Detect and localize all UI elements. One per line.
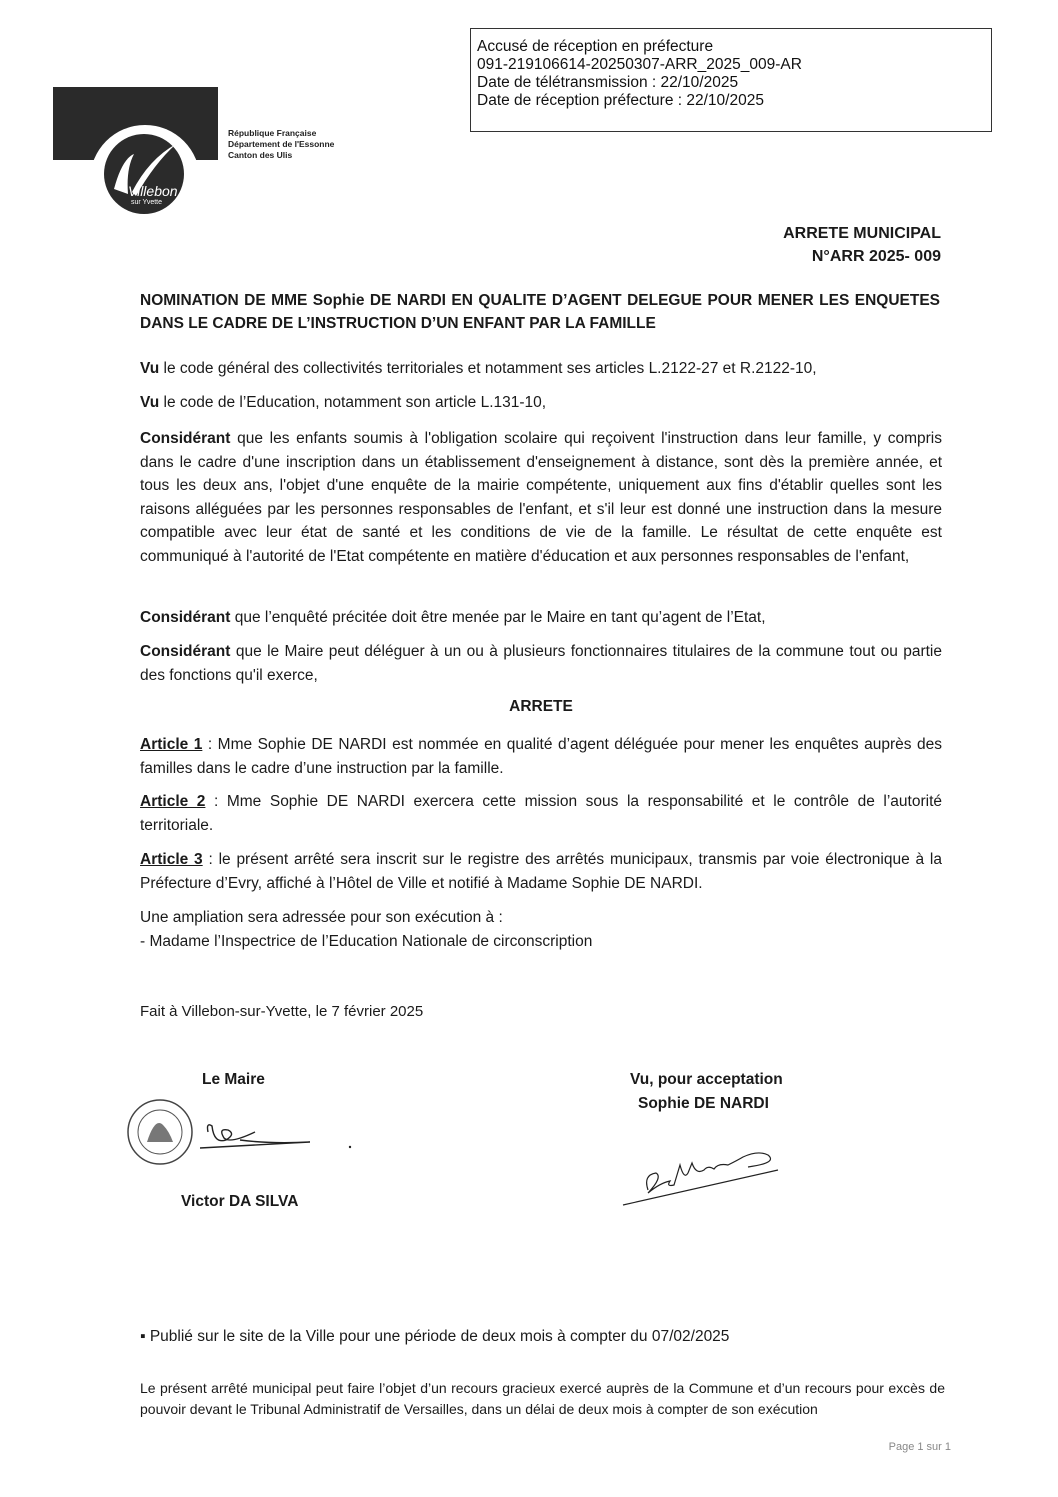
paragraph-text: le code général des collectivités territ…	[159, 360, 816, 377]
stamp-line: Date de télétransmission : 22/10/2025	[477, 74, 991, 92]
bullet-icon: ▪	[140, 1328, 150, 1345]
paragraph-considerant-1: Considérant que les enfants soumis à l'o…	[140, 427, 942, 568]
header-line: République Française	[228, 128, 334, 139]
ampliation-recipient: - Madame l’Inspectrice de l’Education Na…	[140, 930, 942, 954]
mayor-name: Victor DA SILVA	[181, 1193, 298, 1211]
paragraph-vu-education: Vu le code de l’Education, notamment son…	[140, 391, 942, 415]
mayor-signature	[200, 1120, 360, 1160]
place-date: Fait à Villebon-sur-Yvette, le 7 février…	[140, 1000, 942, 1024]
administrative-header: République Française Département de l'Es…	[228, 128, 334, 161]
paragraph-vu-cgct: Vu le code général des collectivités ter…	[140, 357, 942, 381]
title-line: ARRETE MUNICIPAL	[783, 222, 941, 245]
header-line: Département de l'Essonne	[228, 139, 334, 150]
article-label: Article 3	[140, 851, 203, 868]
ampliation: Une ampliation sera adressée pour son ex…	[140, 906, 942, 953]
stamp-line: 091-219106614-20250307-ARR_2025_009-AR	[477, 56, 991, 74]
page-number: Page 1 sur 1	[889, 1441, 951, 1453]
paragraph-lead: Vu	[140, 394, 159, 411]
article-label: Article 2	[140, 793, 205, 810]
paragraph-text: que le Maire peut déléguer à un ou à plu…	[140, 643, 942, 684]
paragraph-considerant-2: Considérant que l’enquêté précitée doit …	[140, 606, 942, 630]
article-1: Article 1 : Mme Sophie DE NARDI est nomm…	[140, 733, 942, 780]
paragraph-lead: Vu	[140, 360, 159, 377]
article-2: Article 2 : Mme Sophie DE NARDI exercera…	[140, 790, 942, 837]
logo-subtitle: sur Yvette	[131, 199, 162, 206]
ampliation-intro: Une ampliation sera adressée pour son ex…	[140, 906, 942, 930]
paragraph-text: le code de l’Education, notamment son ar…	[159, 394, 546, 411]
nomination-heading: NOMINATION DE MME Sophie DE NARDI EN QUA…	[140, 289, 940, 335]
document-title: ARRETE MUNICIPAL N°ARR 2025- 009	[783, 222, 941, 268]
recours-notice: Le présent arrêté municipal peut faire l…	[140, 1378, 945, 1419]
paragraph-lead: Considérant	[140, 430, 230, 447]
article-text: : Mme Sophie DE NARDI est nommée en qual…	[140, 736, 942, 777]
mayor-title: Le Maire	[202, 1071, 265, 1089]
arrete-number: N°ARR 2025- 009	[783, 245, 941, 268]
article-label: Article 1	[140, 736, 202, 753]
paragraph-lead: Considérant	[140, 643, 230, 660]
publication-notice: ▪ Publié sur le site de la Ville pour un…	[140, 1328, 729, 1346]
stamp-line: Accusé de réception en préfecture	[477, 38, 991, 56]
article-text: : Mme Sophie DE NARDI exercera cette mis…	[140, 793, 942, 834]
acceptance-signature	[618, 1135, 798, 1210]
publication-text: Publié sur le site de la Ville pour une …	[150, 1328, 730, 1345]
acceptance-title: Vu, pour acceptation	[630, 1071, 783, 1089]
prefecture-stamp: Accusé de réception en préfecture 091-21…	[470, 28, 992, 132]
town-seal-icon	[125, 1097, 195, 1167]
arrete-heading: ARRETE	[140, 698, 942, 716]
article-3: Article 3 : le présent arrêté sera inscr…	[140, 848, 942, 895]
paragraph-lead: Considérant	[140, 609, 230, 626]
paragraph-text: que les enfants soumis à l'obligation sc…	[140, 430, 942, 565]
stamp-line: Date de réception préfecture : 22/10/202…	[477, 92, 991, 110]
paragraph-text: que l’enquêté précitée doit être menée p…	[230, 609, 765, 626]
paragraph-considerant-3: Considérant que le Maire peut déléguer à…	[140, 640, 942, 687]
header-line: Canton des Ulis	[228, 150, 334, 161]
acceptance-name: Sophie DE NARDI	[638, 1095, 769, 1113]
logo-name: Villebon	[128, 183, 178, 199]
article-text: : le présent arrêté sera inscrit sur le …	[140, 851, 942, 892]
